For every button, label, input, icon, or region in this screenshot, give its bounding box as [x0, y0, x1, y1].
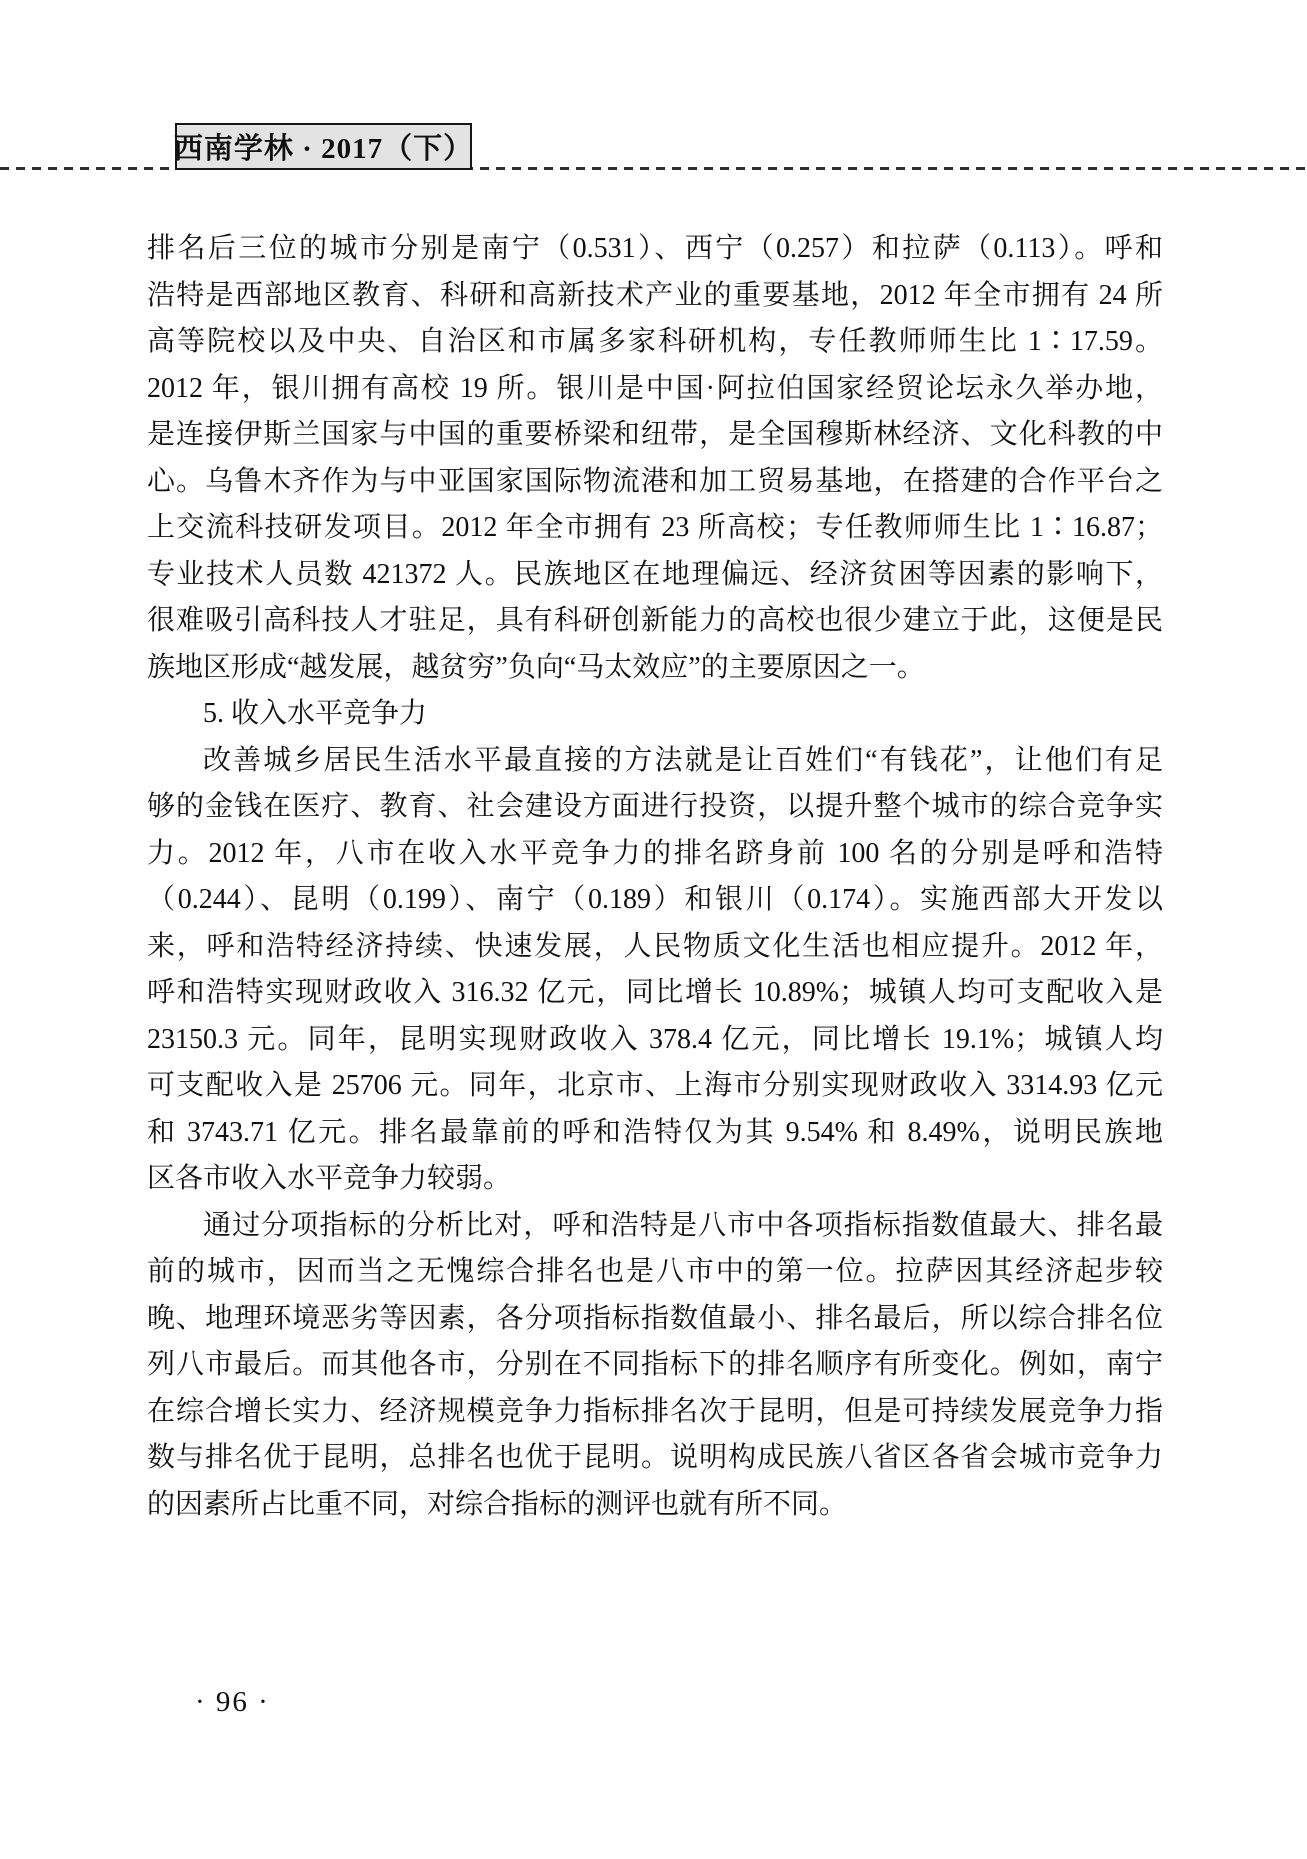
page-number: · 96 · [195, 1686, 270, 1719]
text-line: 排名后三位的城市分别是南宁（0.531）、西宁（0.257）和拉萨（0.113）… [147, 226, 1163, 273]
document-page: 西南学林 · 2017（下） 排名后三位的城市分别是南宁（0.531）、西宁（0… [0, 0, 1307, 1859]
text-line: 够的金钱在医疗、教育、社会建设方面进行投资，以提升整个城市的综合竞争实 [147, 784, 1163, 831]
text-line: 晚、地理环境恶劣等因素，各分项指标指数值最小、排名最后，所以综合排名位 [147, 1296, 1163, 1343]
text-line: 高等院校以及中央、自治区和市属多家科研机构，专任教师师生比 1∶17.59。 [147, 319, 1163, 366]
text-line: 改善城乡居民生活水平最直接的方法就是让百姓们“有钱花”，让他们有足 [147, 738, 1163, 785]
text-line: 族地区形成“越发展，越贫穷”负向“马太效应”的主要原因之一。 [147, 645, 1163, 692]
text-line: 在综合增长实力、经济规模竞争力指标排名次于昆明，但是可持续发展竞争力指 [147, 1389, 1163, 1436]
section-heading: 5. 收入水平竞争力 [147, 691, 1163, 738]
text-line: 通过分项指标的分析比对，呼和浩特是八市中各项指标指数值最大、排名最 [147, 1203, 1163, 1250]
text-line: 专业技术人员数 421372 人。民族地区在地理偏远、经济贫困等因素的影响下， [147, 552, 1163, 599]
text-line: 前的城市，因而当之无愧综合排名也是八市中的第一位。拉萨因其经济起步较 [147, 1249, 1163, 1296]
text-line: 的因素所占比重不同，对综合指标的测评也就有所不同。 [147, 1482, 1163, 1529]
text-line: 数与排名优于昆明，总排名也优于昆明。说明构成民族八省区各省会城市竞争力 [147, 1435, 1163, 1482]
text-line: 力。2012 年，八市在收入水平竞争力的排名跻身前 100 名的分别是呼和浩特 [147, 831, 1163, 878]
text-line: 和 3743.71 亿元。排名最靠前的呼和浩特仅为其 9.54% 和 8.49%… [147, 1110, 1163, 1157]
text-line: 23150.3 元。同年，昆明实现财政收入 378.4 亿元，同比增长 19.1… [147, 1017, 1163, 1064]
text-line: 可支配收入是 25706 元。同年，北京市、上海市分别实现财政收入 3314.9… [147, 1063, 1163, 1110]
text-line: 浩特是西部地区教育、科研和高新技术产业的重要基地，2012 年全市拥有 24 所 [147, 273, 1163, 320]
text-line: 心。乌鲁木齐作为与中亚国家国际物流港和加工贸易基地，在搭建的合作平台之 [147, 459, 1163, 506]
text-line: 呼和浩特实现财政收入 316.32 亿元，同比增长 10.89%；城镇人均可支配… [147, 970, 1163, 1017]
text-line: 列八市最后。而其他各市，分别在不同指标下的排名顺序有所变化。例如，南宁 [147, 1342, 1163, 1389]
running-head-title: 西南学林 · 2017（下） [174, 126, 473, 167]
text-line: 2012 年，银川拥有高校 19 所。银川是中国·阿拉伯国家经贸论坛永久举办地， [147, 366, 1163, 413]
text-line: 来，呼和浩特经济持续、快速发展，人民物质文化生活也相应提升。2012 年， [147, 924, 1163, 971]
page-body-text: 排名后三位的城市分别是南宁（0.531）、西宁（0.257）和拉萨（0.113）… [147, 226, 1163, 1528]
text-line: 上交流科技研发项目。2012 年全市拥有 23 所高校；专任教师师生比 1∶16… [147, 505, 1163, 552]
running-head-box: 西南学林 · 2017（下） [175, 123, 472, 170]
text-line: 区各市收入水平竞争力较弱。 [147, 1156, 1163, 1203]
text-line: 很难吸引高科技人才驻足，具有科研创新能力的高校也很少建立于此，这便是民 [147, 598, 1163, 645]
text-line: （0.244）、昆明（0.199）、南宁（0.189）和银川（0.174）。实施… [147, 877, 1163, 924]
text-line: 是连接伊斯兰国家与中国的重要桥梁和纽带，是全国穆斯林经济、文化科教的中 [147, 412, 1163, 459]
